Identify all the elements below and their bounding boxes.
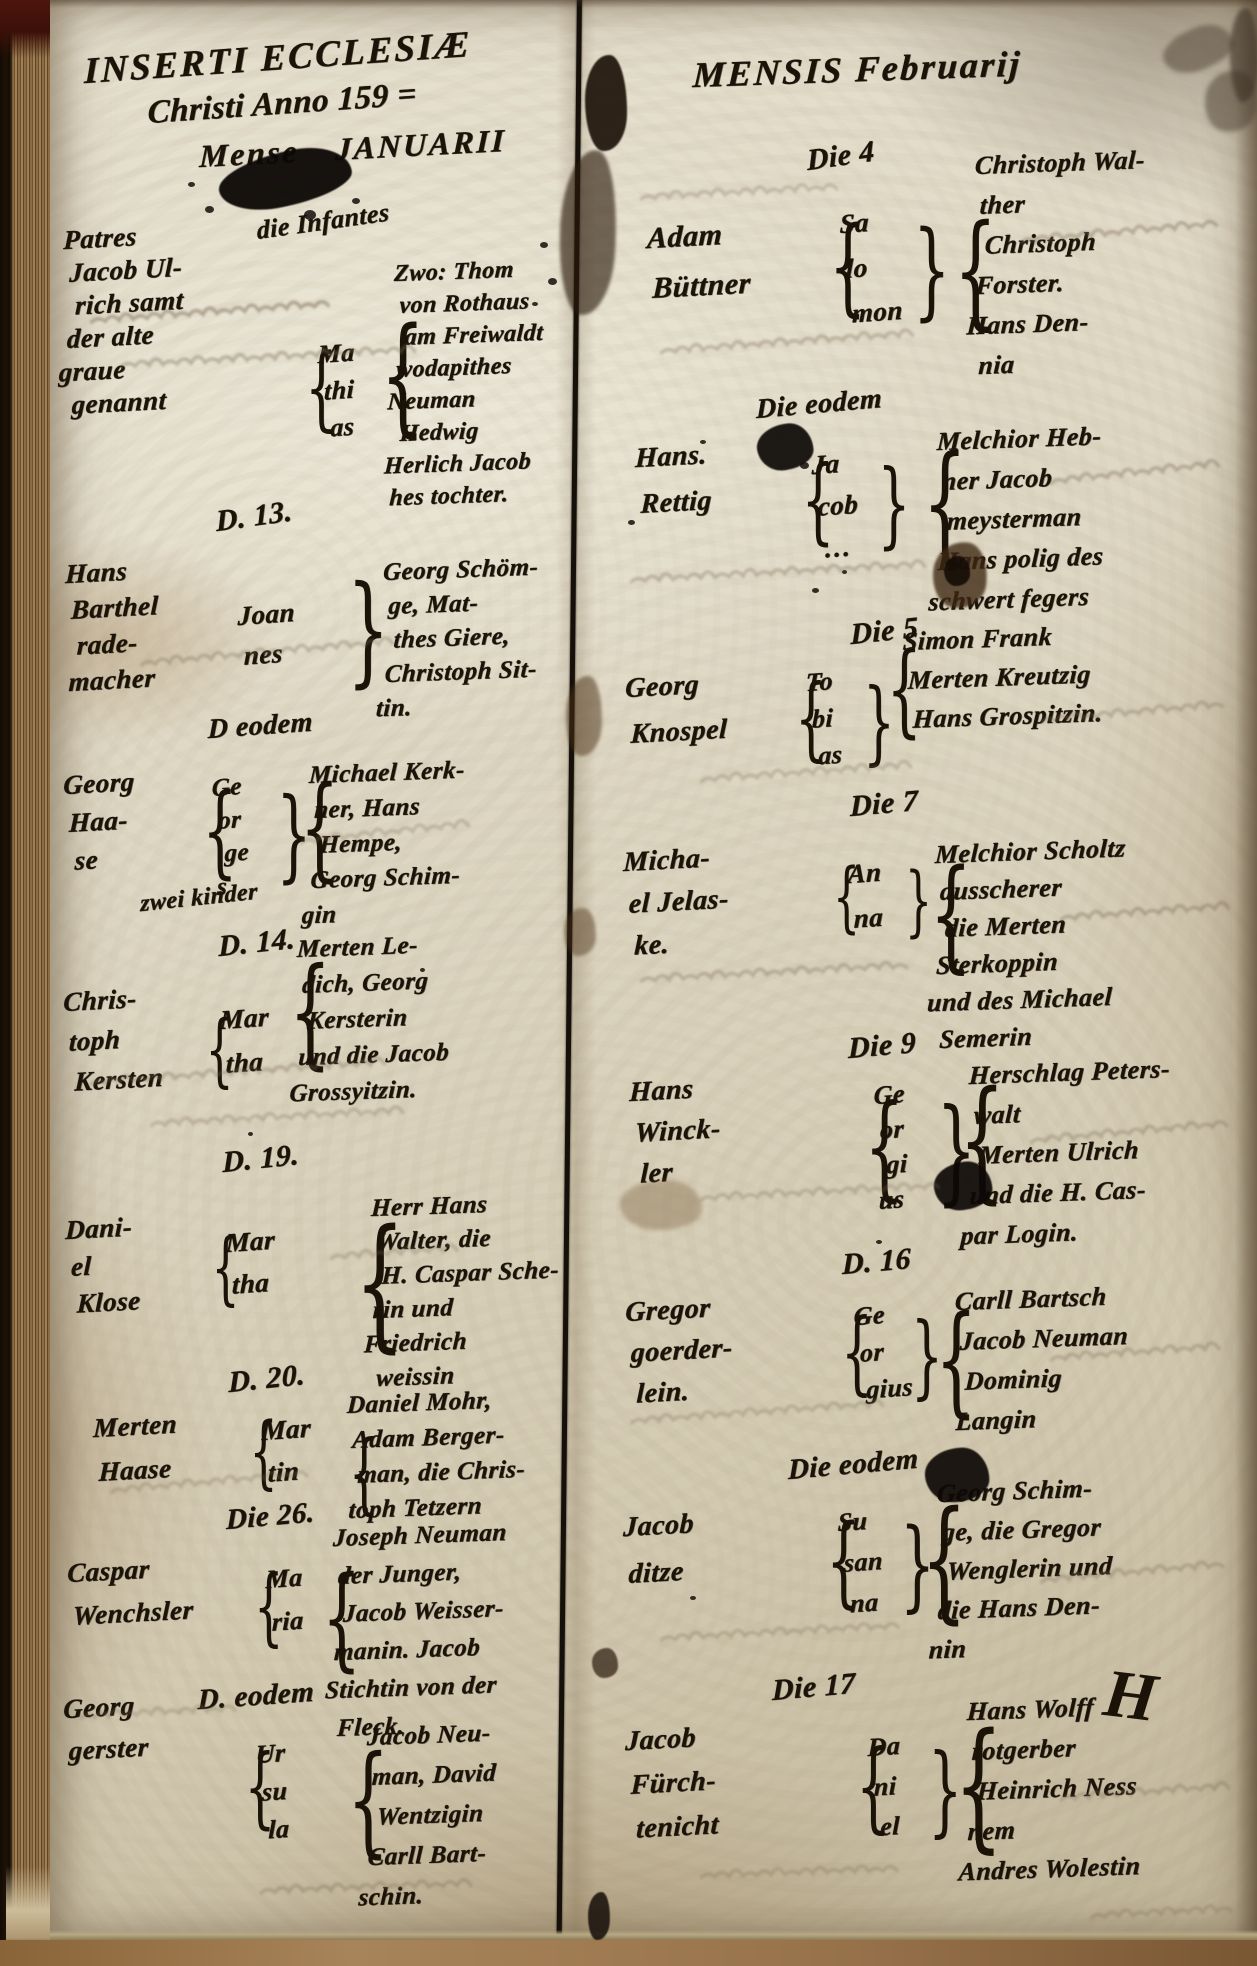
- ink-splatter-dot: [628, 520, 635, 525]
- ink-splatter-dot: [352, 198, 360, 204]
- father-name: Chris-tophKersten: [60, 977, 153, 1102]
- godparents: Zwo: Thomvon Rothausam Freiwaldtwodapith…: [382, 253, 543, 515]
- ink-splatter-dot: [248, 1132, 253, 1136]
- child-name: Tobias: [804, 662, 833, 775]
- ink-blot: [1230, 8, 1257, 102]
- godparents: Simon FrankMerten KreutzigHans Grospitzi…: [898, 615, 1094, 739]
- manuscript-page: INSERTI ECCLESIÆ Christi Anno 159 = Mens…: [0, 0, 1257, 1966]
- child-name: Anna: [846, 850, 882, 943]
- page-top-edge: [50, 0, 1257, 8]
- ink-splatter-dot: [304, 210, 316, 220]
- table-surface: [0, 1940, 1257, 1966]
- child-name: Salomon: [838, 198, 891, 337]
- godparents: Georg Schöm-ge, Mat-thes Giere,Christoph…: [375, 551, 539, 727]
- entry-date: Die 17: [772, 1667, 856, 1708]
- baptism-brace: }: [877, 446, 910, 564]
- child-name: Martha: [218, 995, 269, 1087]
- child-name: Joannes: [237, 592, 296, 676]
- child-name: Martin: [261, 1407, 312, 1495]
- ink-blot: [592, 1648, 618, 1678]
- godparents: Jacob Neu-man, DavidWentziginCarll Bart-…: [357, 1714, 492, 1919]
- child-name: Jacob…: [810, 441, 853, 570]
- child-name: Georges: [210, 770, 242, 905]
- father-name: Gregorgoerder-lein.: [622, 1287, 728, 1416]
- entry-date: Die 7: [850, 784, 918, 824]
- child-name: Georgius: [852, 1295, 901, 1410]
- baptism-brace: }: [913, 204, 950, 336]
- father-name: CasparWenchsler: [65, 1546, 189, 1639]
- child-name: Martha: [225, 1219, 276, 1307]
- child-name: Daniel: [866, 1726, 901, 1849]
- father-name: Georggerster: [61, 1684, 144, 1772]
- father-name: Hans.Rettig: [633, 432, 708, 528]
- father-name: JacobFürch-tenicht: [621, 1716, 711, 1853]
- godparents: Merten Le-dich, GeorgKersterinund die Ja…: [289, 927, 449, 1113]
- child-name: Georgius: [872, 1076, 906, 1219]
- ink-splatter-dot: [800, 462, 809, 469]
- ink-splatter-dot: [876, 1240, 882, 1244]
- child-name: Maria: [264, 1555, 303, 1644]
- father-name: MertenHaase: [91, 1402, 178, 1495]
- father-name: AdamBüttner: [644, 209, 746, 314]
- father-name: Jacobditze: [621, 1500, 695, 1598]
- godparents: Hans WolffrotgerberHeinrich NessnemAndre…: [957, 1686, 1149, 1893]
- ink-splatter-dot: [188, 182, 195, 187]
- father-name: Micha-el Jelas-ke.: [620, 837, 724, 969]
- ink-splatter-dot: [690, 1596, 696, 1600]
- ink-blot: [585, 55, 627, 151]
- ink-blot: [620, 1180, 702, 1230]
- father-name: PatresJacob Ul-rich samtder altegrauegen…: [57, 218, 177, 423]
- entry-date: D. 16: [842, 1242, 911, 1282]
- baptism-brace: }: [905, 854, 932, 950]
- father-name: HansWinck-ler: [626, 1068, 716, 1196]
- book-binding: [0, 0, 50, 1966]
- godparents: Michael Kerk-ner, HansHempe,Georg Schim-…: [301, 753, 466, 934]
- child-name: Ursula: [254, 1734, 286, 1851]
- godparents: Daniel Mohr,Adam Berger-man, die Chris-t…: [341, 1382, 516, 1528]
- page-bottom-edge: [50, 1930, 1257, 1940]
- godparents: Herschlag Peters-waltMerten Ulrichund di…: [959, 1049, 1171, 1257]
- ink-splatter-dot: [842, 570, 847, 574]
- ink-splatter-dot: [540, 242, 548, 248]
- ink-splatter-dot: [420, 968, 425, 972]
- father-name: GeorgHaa-se: [60, 762, 135, 880]
- ink-splatter-dot: [548, 278, 557, 285]
- father-name: HansBarthelrade-macher: [61, 551, 153, 700]
- father-name: GeorgKnospel: [623, 661, 723, 758]
- ink-blot: [944, 556, 970, 586]
- ink-blot: [564, 908, 597, 957]
- godparents: Carll BartschJacob NeumanDominigLangin: [948, 1276, 1125, 1442]
- entry-date: Die 9: [848, 1026, 916, 1066]
- godparents: Christoph Wal-therChristophForster.Hans …: [963, 140, 1146, 387]
- ink-splatter-dot: [812, 588, 819, 593]
- child-name: Susanna: [836, 1499, 877, 1625]
- ink-splatter-dot: [532, 302, 538, 306]
- father-name: Dani-elKlose: [62, 1208, 133, 1323]
- page-right-edge: [1235, 0, 1257, 1966]
- godparents: Herr HansWalter, dieH. Caspar Sche-rin u…: [361, 1186, 549, 1397]
- ink-splatter-dot: [205, 206, 214, 213]
- godparents: Melchior Scholtzausschererdie MertenSter…: [924, 829, 1126, 1058]
- child-name: Mathias: [316, 333, 355, 447]
- ink-splatter-dot: [700, 440, 706, 444]
